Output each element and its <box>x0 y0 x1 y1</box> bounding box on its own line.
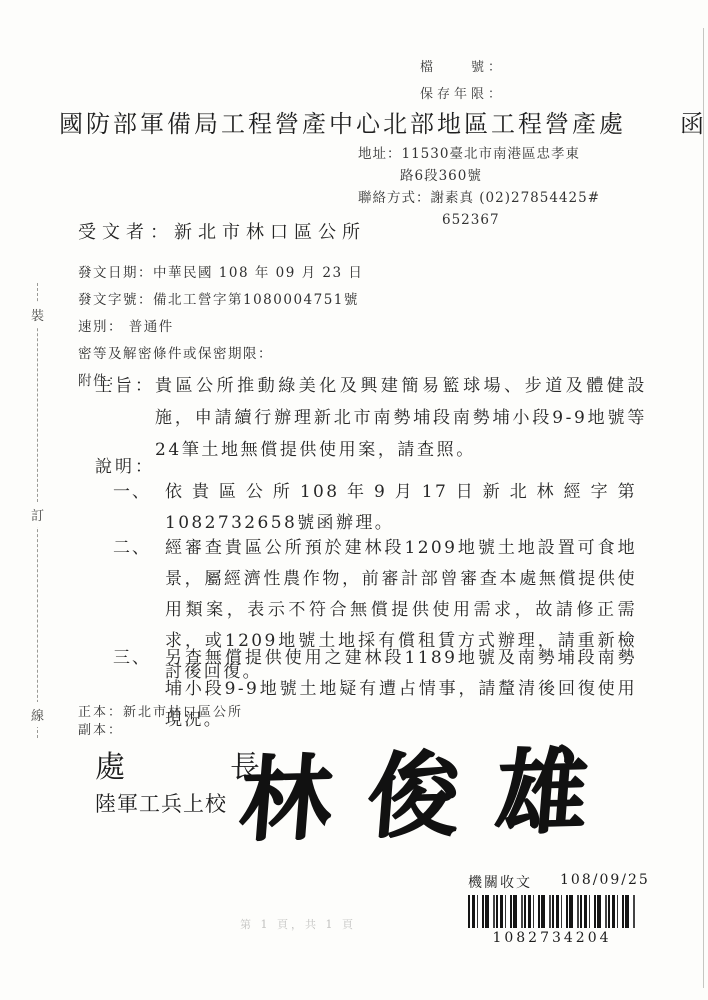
description-label: 說明： <box>95 452 155 477</box>
binding-mark-ding: 訂 <box>31 502 44 527</box>
sender-info: 地址：11530臺北市南港區忠孝東 路6段360號 聯絡方式：謝素真 (02)2… <box>358 143 600 231</box>
signature-name: 林俊雄 <box>235 717 629 859</box>
meta-priority: 速別： 普通件 <box>78 315 363 335</box>
item-number: 一、 <box>113 477 165 508</box>
item-number: 二、 <box>113 533 165 564</box>
retention-period-label: 保存年限： <box>420 83 505 102</box>
receipt-stamp-date: 108/09/25 <box>560 872 650 892</box>
subject-text: 貴區公所推動綠美化及興建簡易籃球場、步道及體健設施，申請續行辦理新北市南勢埔段南… <box>155 370 647 466</box>
signer-title-chu: 處 <box>95 742 125 786</box>
subject-section: 主旨： 貴區公所推動綠美化及興建簡易籃球場、步道及體健設施，申請續行辦理新北市南… <box>95 370 647 466</box>
receipt-number: 1082734204 <box>468 930 636 946</box>
description-item-1: 一、 依貴區公所108年9月17日新北林經字第1082732658號函辦理。 <box>113 477 637 539</box>
file-number-label: 檔 號： <box>420 56 505 75</box>
sender-address-line1: 地址：11530臺北市南港區忠孝東 <box>358 143 600 165</box>
meta-security: 密等及解密條件或保密期限： <box>78 342 363 362</box>
original-copy-line: 正本：新北市林口區公所 <box>78 701 243 720</box>
subject-label: 主旨： <box>95 370 155 402</box>
recipient-line: 受文者：新北市林口區公所 <box>78 218 366 244</box>
page-footer: 第 1 頁，共 1 頁 <box>240 916 356 932</box>
cc-copy-line: 副本： <box>78 719 123 738</box>
sender-contact-line1: 聯絡方式：謝素真 (02)27854425# <box>358 187 600 209</box>
meta-issue-date: 發文日期：中華民國 108 年 09 月 23 日 <box>78 261 363 281</box>
binding-mark-xian: 線 <box>31 702 44 727</box>
receipt-stamp: 機關收文 108/09/25 1082734204 <box>468 872 650 946</box>
receipt-stamp-label: 機關收文 <box>468 872 532 892</box>
item-number: 三、 <box>113 643 165 674</box>
receipt-barcode <box>468 895 636 928</box>
scanned-letter-page: 裝 訂 線 檔 號： 保存年限： 國防部軍備局工程營產中心北部地區工程營產處 函… <box>0 0 708 1000</box>
binding-mark-zhuang: 裝 <box>31 302 44 327</box>
item-text: 依貴區公所108年9月17日新北林經字第1082732658號函辦理。 <box>165 477 637 539</box>
scan-edge-line <box>703 28 704 988</box>
signer-rank: 陸軍工兵上校 <box>95 788 260 818</box>
sender-address-line2: 路6段360號 <box>358 165 600 187</box>
sender-contact-line2: 652367 <box>358 209 600 231</box>
letter-title: 國防部軍備局工程營產中心北部地區工程營產處 函 <box>59 104 707 139</box>
meta-doc-number: 發文字號：備北工營字第1080004751號 <box>78 288 363 308</box>
signer-title-block: 處 長 陸軍工兵上校 <box>95 742 260 818</box>
